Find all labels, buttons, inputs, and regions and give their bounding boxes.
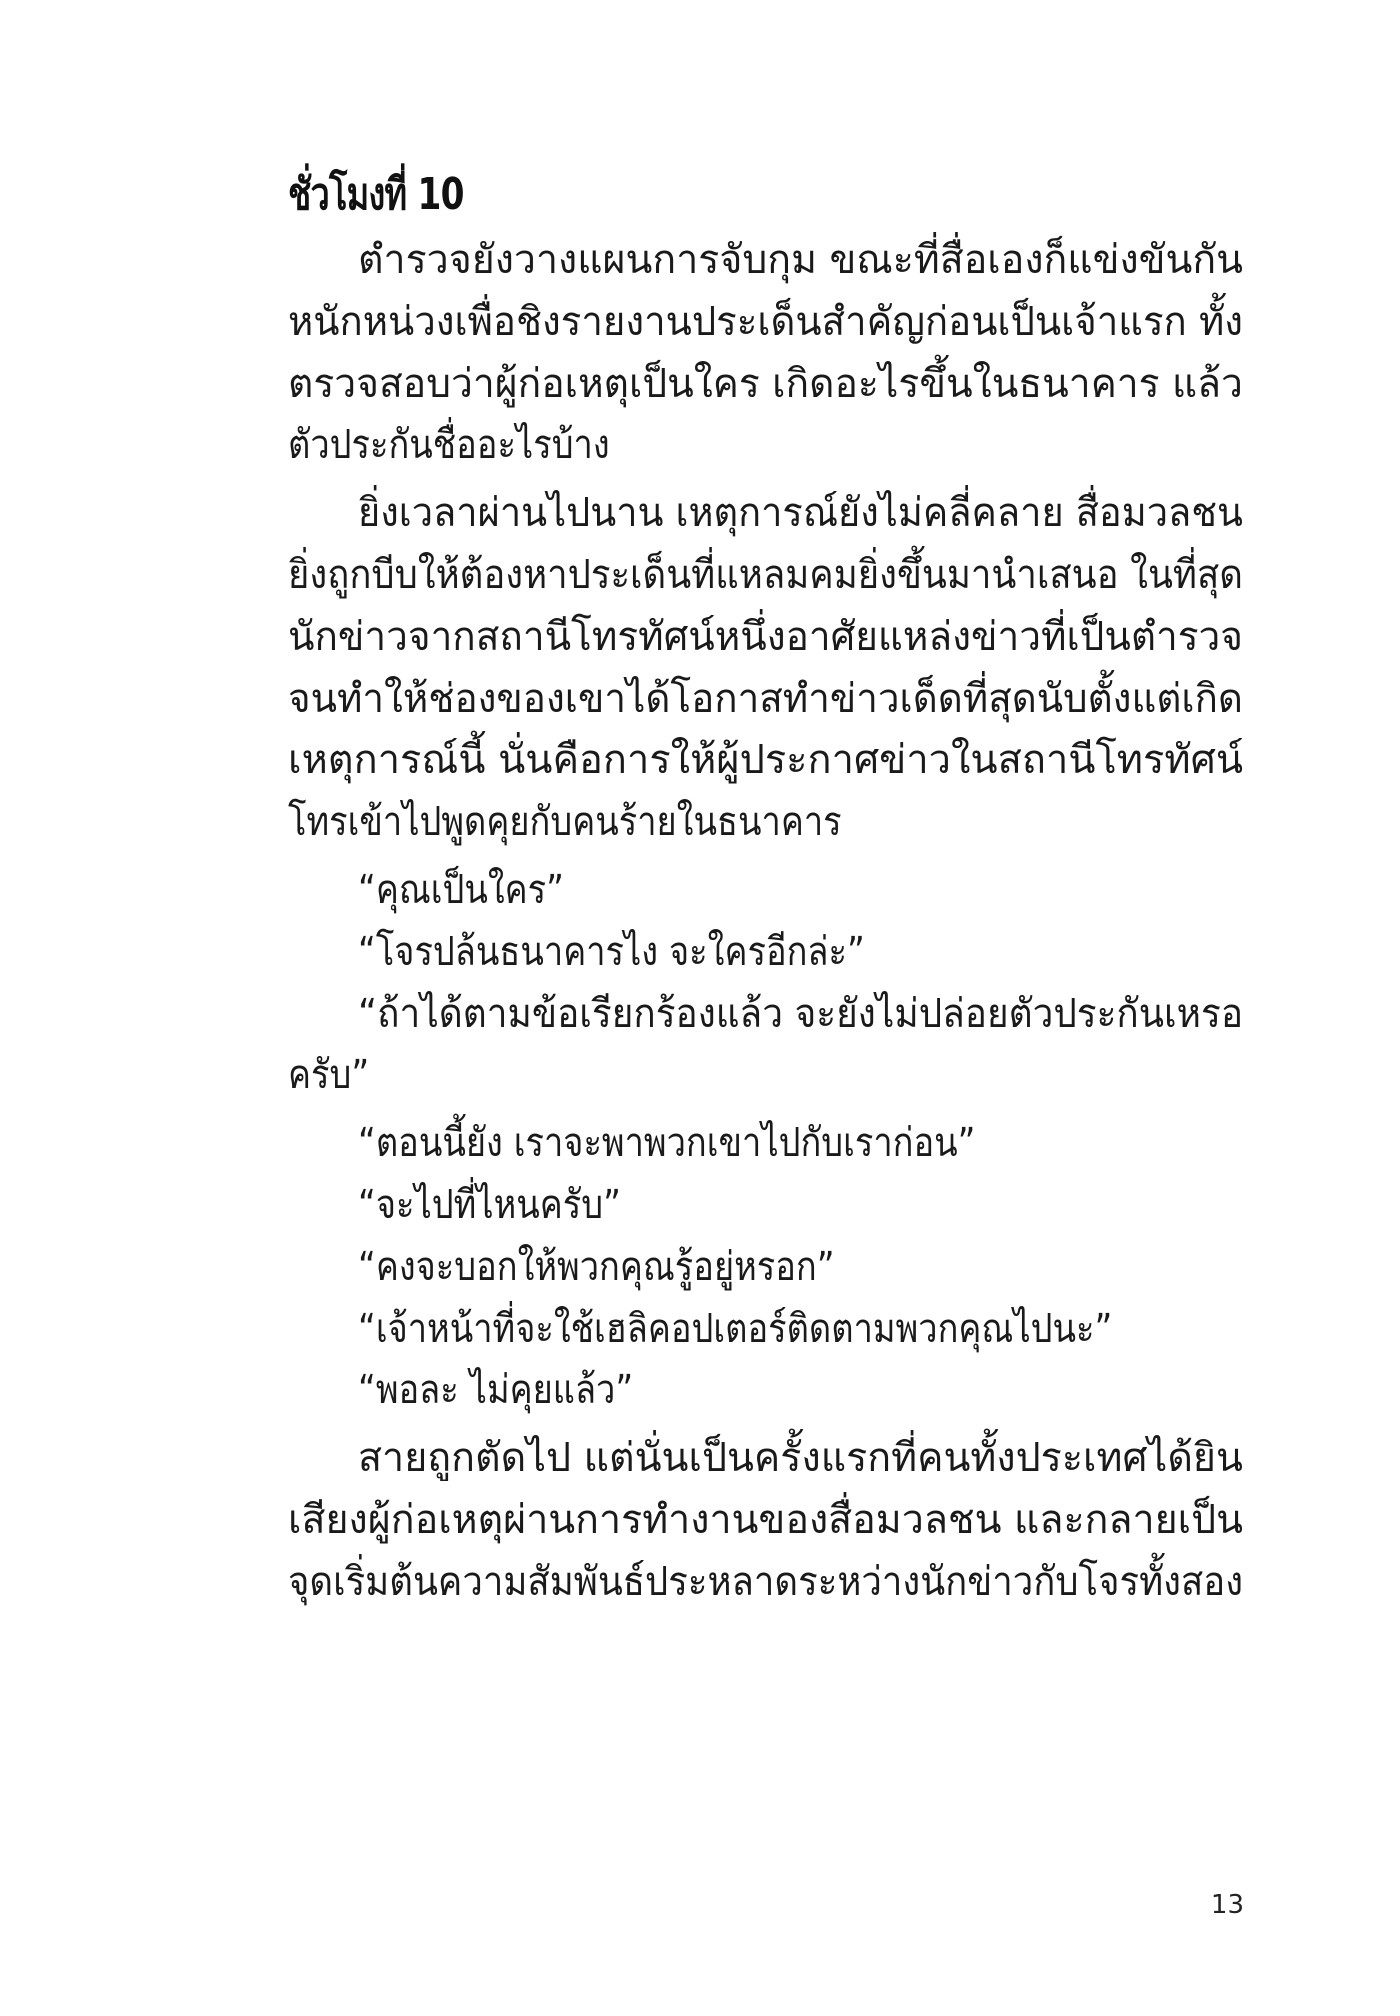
text-line: ตรวจสอบว่าผู้ก่อเหตุเป็นใคร เกิดอะไรขึ้น… — [288, 354, 1243, 416]
dialogue-line: “พอละ ไม่คุยแล้ว” — [288, 1360, 1243, 1422]
text-line: ตำรวจยังวางแผนการจับกุม ขณะที่สื่อเองก็แ… — [288, 230, 1243, 292]
dialogue-line: “คุณเป็นใคร” — [288, 860, 1243, 922]
text-line: เสียงผู้ก่อเหตุผ่านการทำงานของสื่อมวลชน … — [288, 1490, 1243, 1552]
body-text: ตำรวจยังวางแผนการจับกุม ขณะที่สื่อเองก็แ… — [288, 230, 1243, 1614]
text-line: ตัวประกันชื่ออะไรบ้าง — [288, 415, 1243, 477]
dialogue-line: “ตอนนี้ยัง เราจะพาพวกเขาไปกับเราก่อน” — [288, 1113, 1243, 1175]
text-line: จนทำให้ช่องของเขาได้โอกาสทำข่าวเด็ดที่สุ… — [288, 669, 1243, 731]
dialogue-line: ครับ” — [288, 1045, 1243, 1107]
text-line: สายถูกตัดไป แต่นั่นเป็นครั้งแรกที่คนทั้ง… — [288, 1428, 1243, 1490]
dialogue-line: “เจ้าหน้าที่จะใช้เฮลิคอปเตอร์ติดตามพวกคุ… — [288, 1299, 1243, 1361]
dialogue-line: “คงจะบอกให้พวกคุณรู้อยู่หรอก” — [288, 1237, 1243, 1299]
text-line: หนักหน่วงเพื่อชิงรายงานประเด็นสำคัญก่อนเ… — [288, 292, 1243, 354]
text-line: นักข่าวจากสถานีโทรทัศน์หนึ่งอาศัยแหล่งข่… — [288, 607, 1243, 669]
text-line: ยิ่งถูกบีบให้ต้องหาประเด็นที่แหลมคมยิ่งข… — [288, 545, 1243, 607]
text-line: เหตุการณ์นี้ นั่นคือการให้ผู้ประกาศข่าวใ… — [288, 730, 1243, 792]
text-line: ยิ่งเวลาผ่านไปนาน เหตุการณ์ยังไม่คลี่คลา… — [288, 483, 1243, 545]
text-line: โทรเข้าไปพูดคุยกับคนร้ายในธนาคาร — [288, 792, 1243, 854]
dialogue-line: “โจรปล้นธนาคารไง จะใครอีกล่ะ” — [288, 922, 1243, 984]
dialogue-line: “จะไปที่ไหนครับ” — [288, 1175, 1243, 1237]
chapter-title: ชั่วโมงที่ 10 — [288, 160, 464, 230]
dialogue-line: “ถ้าได้ตามข้อเรียกร้องแล้ว จะยังไม่ปล่อย… — [288, 984, 1243, 1046]
text-line: จุดเริ่มต้นความสัมพันธ์ประหลาดระหว่างนัก… — [288, 1552, 1243, 1614]
book-page: ชั่วโมงที่ 10 ตำรวจยังวางแผนการจับกุม ขณ… — [0, 0, 1400, 2016]
page-number: 13 — [1211, 1890, 1244, 1920]
